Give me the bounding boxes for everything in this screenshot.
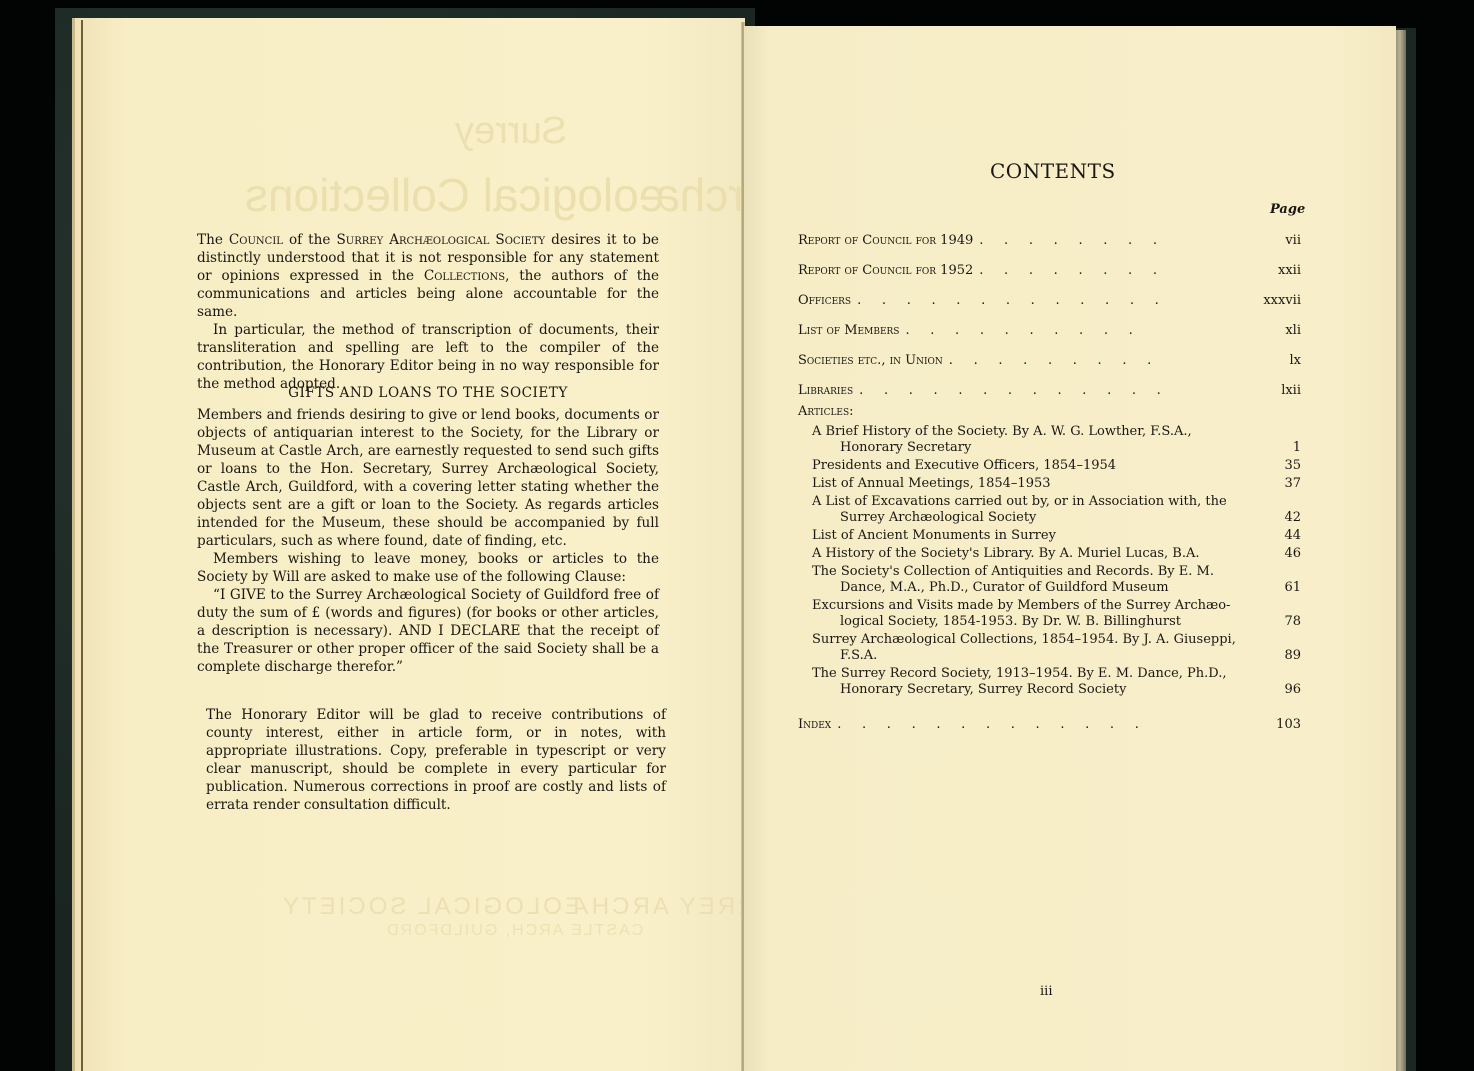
toc-entry: Report of Council for 1952 . . . . . . .… — [798, 248, 1301, 278]
toc-article: List of Annual Meetings, 1854–1953 37 — [798, 476, 1301, 492]
showthrough-text: Archæological Collections — [245, 168, 774, 222]
page-column-label: Page — [1270, 202, 1305, 217]
transcription-paragraph: In particular, the method of transcripti… — [197, 321, 659, 393]
toc-article: A Brief History of the Society. By A. W.… — [798, 424, 1301, 456]
dot-leader: . . . . . . . . . . — [905, 323, 1255, 338]
toc-article: List of Ancient Monuments in Surrey 44 — [798, 528, 1301, 544]
gifts-heading: GIFTS AND LOANS TO THE SOCIETY — [197, 385, 659, 401]
dot-leader: . . . . . . . . . . . . . — [837, 717, 1255, 732]
right-page: CONTENTS Page Report of Council for 1949… — [744, 26, 1396, 1071]
gifts-block: Members and friends desiring to give or … — [197, 406, 659, 676]
toc-article: The Surrey Record Society, 1913–1954. By… — [798, 666, 1301, 698]
toc-article: Presidents and Executive Officers, 1854–… — [798, 458, 1301, 474]
editor-note-paragraph: The Honorary Editor will be glad to rece… — [206, 706, 666, 814]
dot-leader: . . . . . . . . . . . . . — [857, 293, 1255, 308]
dot-leader: . . . . . . . . — [979, 263, 1255, 278]
toc-entry-index: Index . . . . . . . . . . . . . 103 — [798, 702, 1301, 732]
disclaimer-paragraph: The Council of the Surrey Archæological … — [197, 231, 659, 321]
articles-label: Articles: — [798, 404, 1301, 422]
left-page: Surrey Archæological Collections THE SUR… — [72, 18, 745, 1071]
bequest-clause: “I GIVE to the Surrey Archæological Soci… — [197, 586, 659, 676]
toc-entry: Report of Council for 1949 . . . . . . .… — [798, 218, 1301, 248]
toc-article: A List of Excavations carried out by, or… — [798, 494, 1301, 526]
showthrough-text: CASTLE ARCH, GUILDFORD — [385, 922, 643, 940]
toc-entry: Officers . . . . . . . . . . . . . xxxvi… — [798, 278, 1301, 308]
toc-article: Surrey Archæological Collections, 1854–1… — [798, 632, 1301, 664]
toc-entry: Societies etc., in Union . . . . . . . .… — [798, 338, 1301, 368]
dot-leader: . . . . . . . . . . . . . — [859, 383, 1255, 398]
dot-leader: . . . . . . . . . — [949, 353, 1255, 368]
toc-entry: Libraries . . . . . . . . . . . . . lxii — [798, 368, 1301, 398]
gifts-paragraph: Members and friends desiring to give or … — [197, 406, 659, 550]
page-number: iii — [1040, 984, 1052, 999]
toc-entry: List of Members . . . . . . . . . . xli — [798, 308, 1301, 338]
dot-leader: . . . . . . . . — [979, 233, 1255, 248]
editor-note-block: The Honorary Editor will be glad to rece… — [206, 706, 666, 814]
showthrough-text: Surrey — [455, 110, 567, 153]
table-of-contents: Report of Council for 1949 . . . . . . .… — [798, 218, 1301, 732]
toc-article: Excursions and Visits made by Members of… — [798, 598, 1301, 630]
toc-article: The Society's Collection of Antiquities … — [798, 564, 1301, 596]
contents-title: CONTENTS — [990, 159, 1116, 183]
toc-article: A History of the Society's Library. By A… — [798, 546, 1301, 562]
disclaimer-block: The Council of the Surrey Archæological … — [197, 231, 659, 393]
bequest-paragraph: Members wishing to leave money, books or… — [197, 550, 659, 586]
